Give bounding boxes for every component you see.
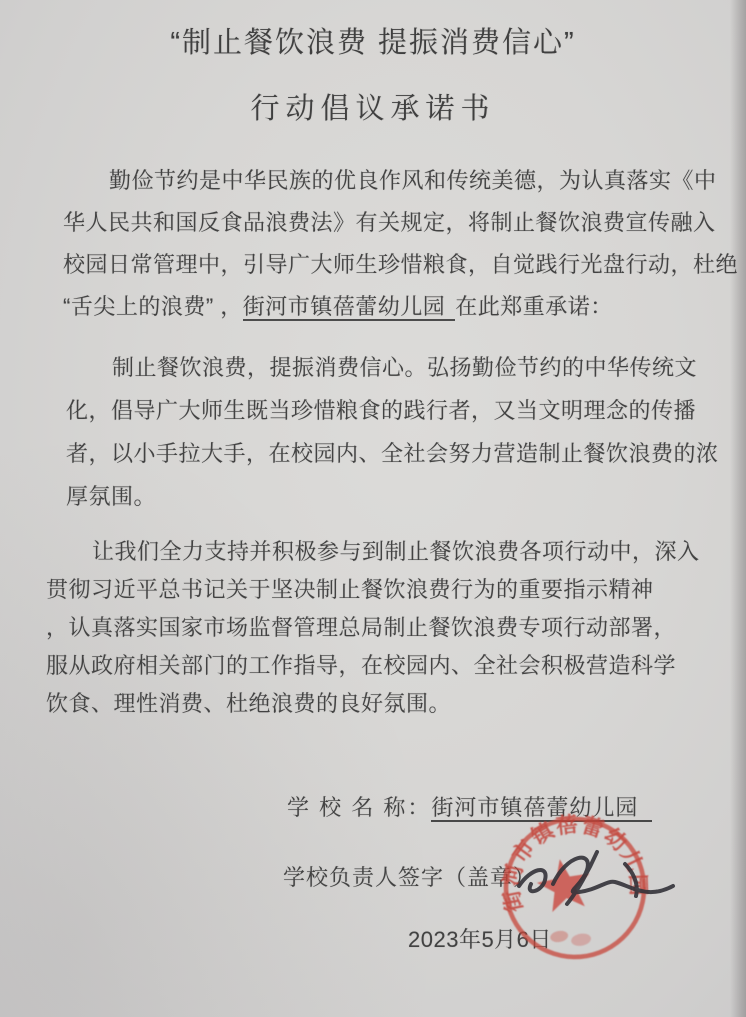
photographed-document: “制止餐饮浪费 提振消费信心” 行动倡议承诺书 勤俭节约是中华民族的优良作风和传… (0, 0, 746, 1017)
signature-stroke (553, 858, 673, 893)
paragraph-1-line-4: “舌尖上的浪费” ，街河市镇蓓蕾幼儿园在此郑重承诺： (63, 286, 711, 328)
document-title-line2: 行动倡议承诺书 (0, 86, 746, 127)
paragraph-2-line-2: 化，倡导广大师生既当珍惜粮食的践行者，又当文明理念的传播 (66, 389, 711, 432)
handwritten-signature (505, 840, 695, 918)
signature-stroke (625, 864, 637, 896)
paragraph-3-line-4: 服从政府相关部门的工作指导，在校园内、全社会积极营造科学 (46, 647, 708, 685)
pledge-text: 在此郑重承诺： (455, 294, 613, 319)
paragraph-2: 制止餐饮浪费，提振消费信心。弘扬勤俭节约的中华传统文 化，倡导广大师生既当珍惜粮… (66, 346, 711, 518)
seal-code-mark (570, 932, 592, 947)
paragraph-1-line-1: 勤俭节约是中华民族的优良作风和传统美德，为认真落实《中 (63, 160, 711, 202)
paragraph-3: 让我们全力支持并积极参与到制止餐饮浪费各项行动中，深入 贯彻习近平总书记关于坚决… (46, 533, 708, 723)
signature-stroke (519, 870, 546, 891)
paragraph-1-line-2: 华人民共和国反食品浪费法》有关规定，将制止餐饮浪费宣传融入 (63, 202, 711, 244)
paragraph-1: 勤俭节约是中华民族的优良作风和传统美德，为认真落实《中 华人民共和国反食品浪费法… (63, 160, 711, 328)
paragraph-2-line-1: 制止餐饮浪费，提振消费信心。弘扬勤俭节约的中华传统文 (66, 346, 711, 389)
paragraph-3-line-1: 让我们全力支持并积极参与到制止餐饮浪费各项行动中，深入 (46, 533, 708, 571)
paragraph-3-line-5: 饮食、理性消费、杜绝浪费的良好氛围。 (46, 685, 708, 723)
paragraph-1-line-3: 校园日常管理中，引导广大师生珍惜粮食，自觉践行光盘行动，杜绝 (63, 244, 711, 286)
quote-waste-text: “舌尖上的浪费” ， (63, 294, 243, 319)
document-title-line1: “制止餐饮浪费 提振消费信心” (0, 20, 746, 61)
paragraph-2-line-4: 厚氛围。 (66, 475, 711, 518)
school-name-label: 学 校 名 称： (287, 795, 431, 820)
seal-code-mark (549, 930, 569, 944)
paragraph-3-line-3: ，认真落实国家市场监督管理总局制止餐饮浪费专项行动部署， (46, 609, 708, 647)
paragraph-2-line-3: 者，以小手拉大手，在校园内、全社会努力营造制止餐饮浪费的浓 (66, 432, 711, 475)
school-name-inline-underlined: 街河市镇蓓蕾幼儿园 (243, 294, 456, 321)
paragraph-3-line-2: 贯彻习近平总书记关于坚决制止餐饮浪费行为的重要指示精神 (46, 571, 708, 609)
